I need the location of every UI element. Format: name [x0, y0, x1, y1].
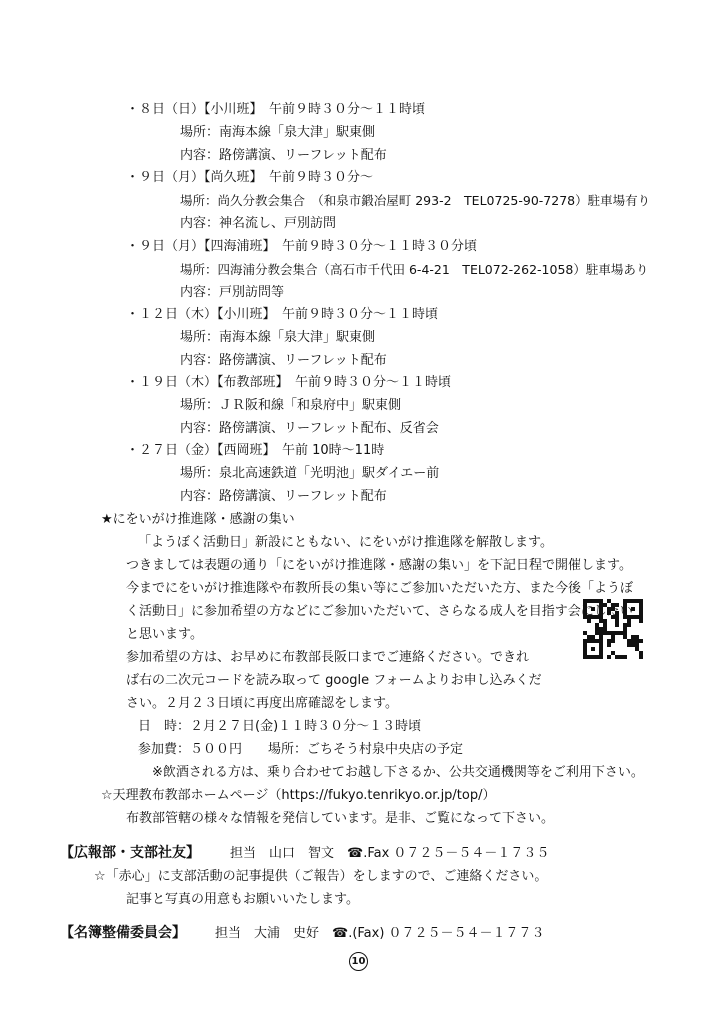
- schedule-header: ・２７日（金）【西岡班】 午前 10時～11時: [126, 443, 384, 459]
- paragraph: 布教部管轄の様々な情報を発信しています。是非、ご覧になって下さい。: [126, 811, 554, 827]
- schedule-header: ・８日（日）【小川班】 午前９時３０分～１１時頃: [126, 102, 425, 118]
- section-title: 【名簿整備委員会】: [60, 925, 186, 941]
- schedule-header: ・１９日（木）【布教部班】 午前９時３０分～１１時頃: [126, 375, 451, 391]
- qr-code-icon[interactable]: [583, 599, 643, 659]
- paragraph: 「ようぼく活動日」新設にともない、にをいがけ推進隊を解散します。: [138, 535, 553, 551]
- paragraph: ば右の二次元コードを読み取って google フォームよりお申し込みくだ: [126, 673, 542, 689]
- paragraph: と思います。: [126, 627, 203, 643]
- paragraph: 今までにをいがけ推進隊や布教所長の集い等にご参加いただいた方、また今後「ようぼ: [126, 581, 633, 597]
- schedule-content: 内容：神名流し、戸別訪問: [180, 216, 336, 232]
- homepage-link[interactable]: ☆天理教布教部ホームページ（https://fukyo.tenrikyo.or.…: [101, 788, 496, 804]
- schedule-header: ・９日（月）【尚久班】 午前９時３０分～: [126, 170, 373, 186]
- contact-info: 担当 大浦 史好 ☎.(Fax) ０７２５－５４－１７７３: [215, 926, 545, 942]
- schedule-content: 内容：路傍講演、リーフレット配布、反省会: [180, 421, 439, 437]
- section-title: ★にをいがけ推進隊・感謝の集い: [101, 512, 295, 528]
- schedule-content: 内容：路傍講演、リーフレット配布: [180, 353, 387, 369]
- paragraph: ☆「赤心」に支部活動の記事提供（ご報告）をしますので、ご連絡ください。: [94, 869, 547, 885]
- section-title: 【広報部・支部社友】: [60, 845, 200, 861]
- schedule-header: ・１２日（木）【小川班】 午前９時３０分～１１時頃: [126, 307, 438, 323]
- qr-module: [639, 655, 643, 659]
- schedule-place: 場所：南海本線「泉大津」駅東側: [180, 330, 375, 346]
- schedule-place: 場所：南海本線「泉大津」駅東側: [180, 125, 375, 141]
- paragraph: く活動日」に参加希望の方などにご参加いただいて、さらなる成人を目指す会にしたい: [126, 604, 633, 620]
- schedule-place: 場所：四海浦分教会集合（高石市千代田 6-4-21 TEL072-262-105…: [180, 262, 648, 278]
- paragraph: 記事と写真の用意もお願いいたします。: [126, 892, 359, 908]
- contact-info: 担当 山口 智文 ☎.Fax ０７２５－５４－１７３５: [230, 846, 549, 862]
- schedule-content: 内容：路傍講演、リーフレット配布: [180, 489, 387, 505]
- paragraph: つきましては表題の通り「にをいがけ推進隊・感謝の集い」を下記日程で開催します。: [126, 558, 632, 574]
- schedule-place: 場所：泉北高速鉄道「光明池」駅ダイエー前: [180, 466, 439, 482]
- schedule-place: 場所：ＪＲ阪和線「和泉府中」駅東側: [180, 398, 401, 414]
- paragraph: さい。２月２３日頃に再度出席確認をします。: [126, 696, 398, 712]
- event-note: ※飲酒される方は、乗り合わせてお越し下さるか、公共交通機関等をご利用下さい。: [152, 765, 644, 781]
- schedule-content: 内容：路傍講演、リーフレット配布: [180, 148, 387, 164]
- event-datetime: 日 時：２月２７日(金)１１時３０分～１３時頃: [138, 719, 421, 735]
- schedule-content: 内容：戸別訪問等: [180, 285, 284, 301]
- schedule-place: 場所：尚久分教会集合 （和泉市鍛冶屋町 293-2 TEL0725-90-727…: [180, 193, 650, 209]
- paragraph: 参加希望の方は、お早めに布教部長阪口までご連絡ください。できれ: [126, 650, 529, 666]
- event-fee-place: 参加費：５００円 場所：ごちそう村泉中央店の予定: [138, 742, 463, 758]
- schedule-header: ・９日（月）【四海浦班】 午前９時３０分～１１時３０分頃: [126, 239, 477, 255]
- page-number: 10: [349, 952, 368, 971]
